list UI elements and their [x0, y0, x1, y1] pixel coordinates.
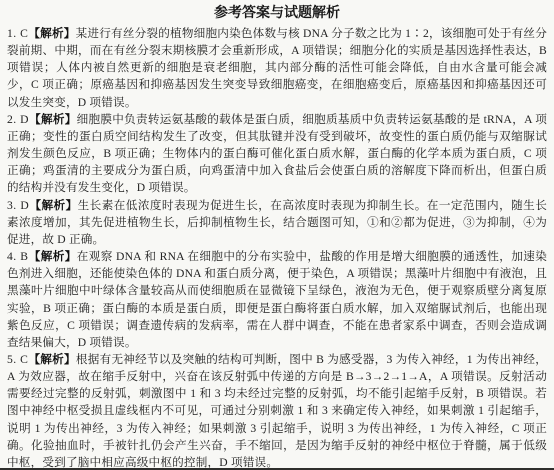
answer-item-2: 2. D【解析】细胞膜中负责转运氨基酸的载体是蛋白质，细胞质基质中负责转运氨基酸… [7, 111, 547, 197]
page-title: 参考答案与试题解析 [7, 3, 547, 25]
answer-item-3: 3. D【解析】生长素在低浓度时表现为促进生长，在高浓度时表现为抑制生长。在一定… [7, 197, 547, 248]
item-explanation: 在观察 DNA 和 RNA 在细胞中的分布实验中，盐酸的作用是增大细胞膜的通透性… [7, 250, 547, 349]
item-explanation: 生长素在低浓度时表现为促进生长，在高浓度时表现为抑制生长。在一定范围内，随生长素… [7, 199, 547, 246]
item-number-answer: 3. D [7, 199, 29, 212]
analysis-tag: 【解析】 [29, 199, 77, 212]
analysis-tag: 【解析】 [29, 250, 77, 263]
item-explanation: 某进行有丝分裂的植物细胞内染色体数与核 DNA 分子数之比为 1∶2，该细胞可处… [7, 27, 547, 109]
item-number-answer: 4. B [7, 250, 29, 263]
item-explanation: 根据有无神经节以及突触的结构可判断，图中 B 为感受器，3 为传入神经，1 为传… [7, 353, 547, 469]
item-explanation: 细胞膜中负责转运氨基酸的载体是蛋白质，细胞质基质中负责转运氨基酸的是 tRNA，… [7, 113, 547, 195]
document-page: 参考答案与试题解析 1. C【解析】某进行有丝分裂的植物细胞内染色体数与核 DN… [0, 0, 554, 470]
analysis-tag: 【解析】 [28, 27, 75, 40]
item-number-answer: 1. C [7, 27, 28, 40]
answer-item-4: 4. B【解析】在观察 DNA 和 RNA 在细胞中的分布实验中，盐酸的作用是增… [7, 248, 547, 351]
answer-item-5: 5. C【解析】根据有无神经节以及突触的结构可判断，图中 B 为感受器，3 为传… [7, 351, 547, 470]
analysis-tag: 【解析】 [28, 353, 75, 366]
analysis-tag: 【解析】 [29, 113, 77, 126]
answer-item-1: 1. C【解析】某进行有丝分裂的植物细胞内染色体数与核 DNA 分子数之比为 1… [7, 25, 547, 111]
item-number-answer: 2. D [7, 113, 29, 126]
item-number-answer: 5. C [7, 353, 28, 366]
